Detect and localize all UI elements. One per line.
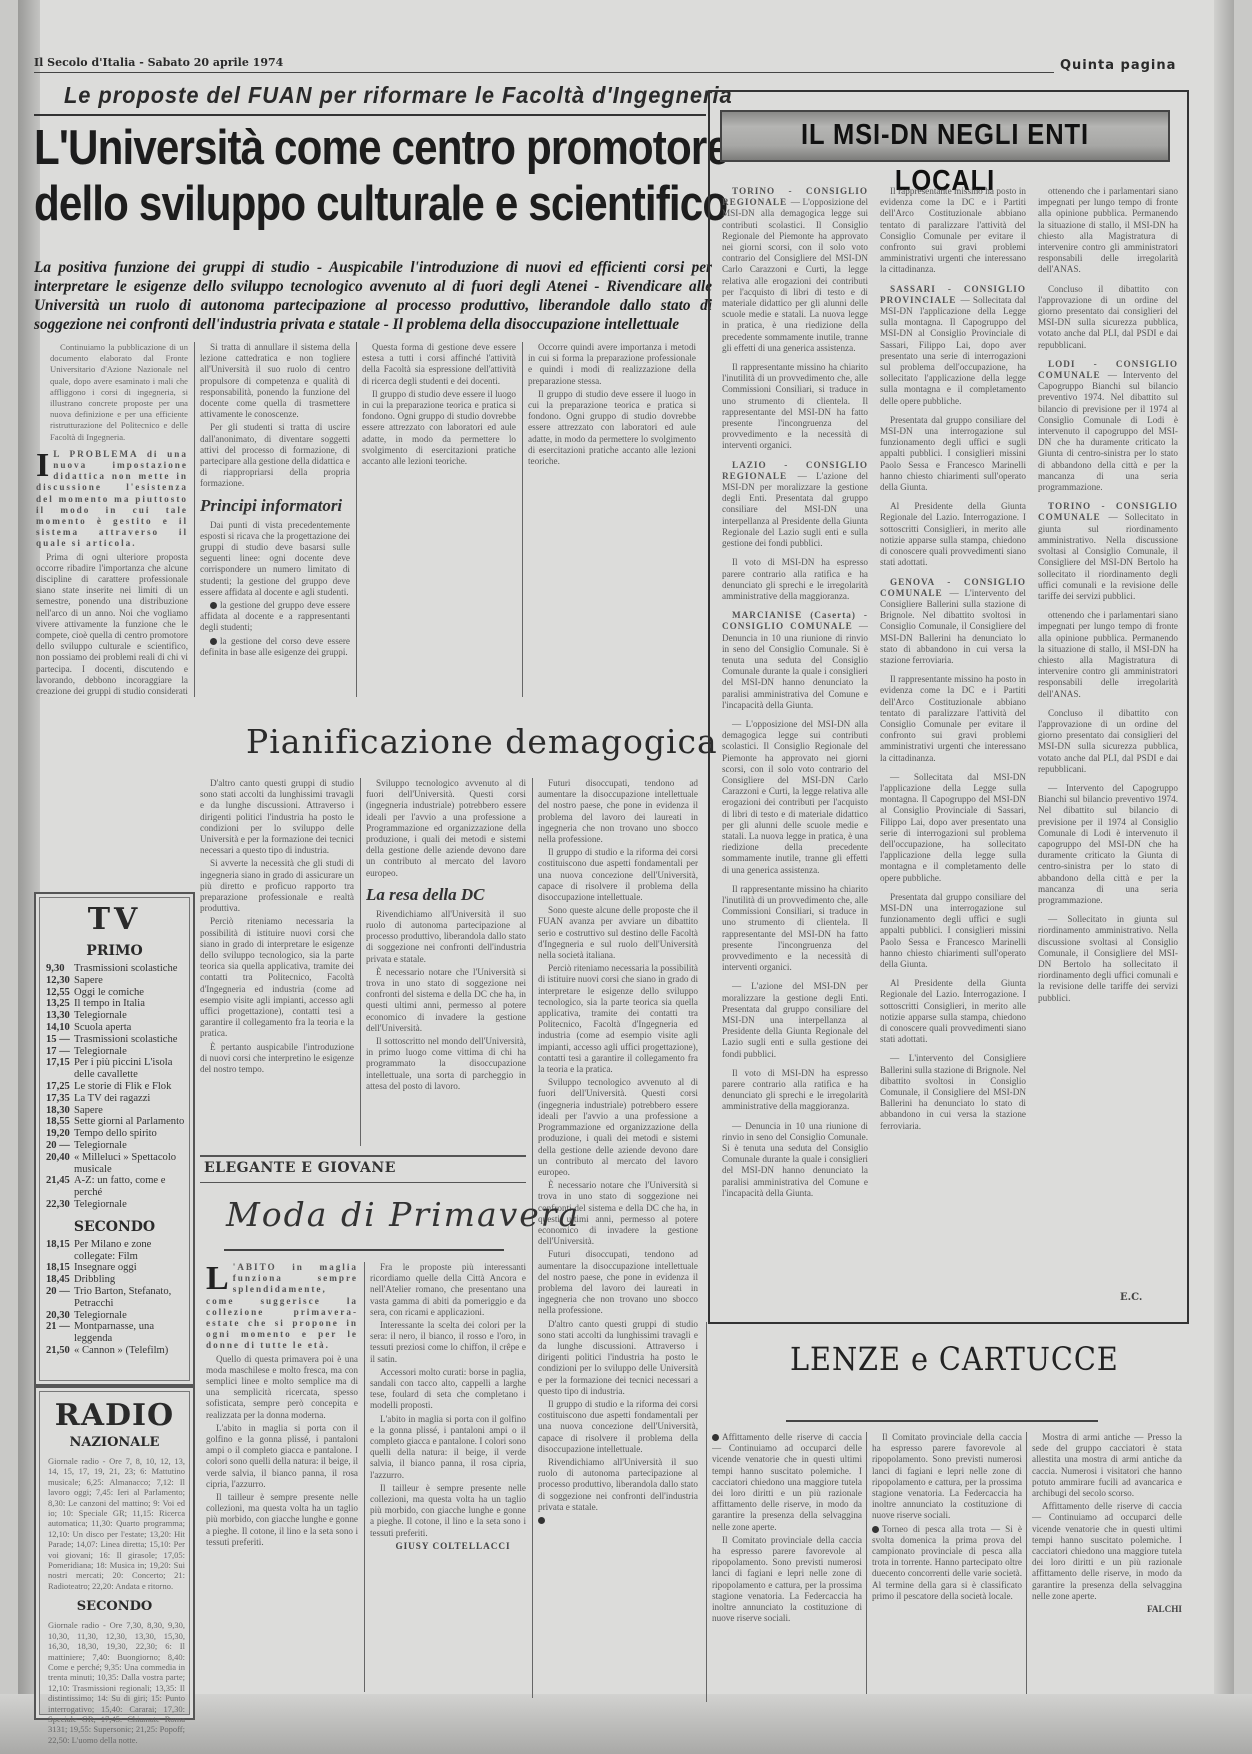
msi-item: Al Presidente della Giunta Regionale del… [880,501,1026,568]
schedule-time: 13,30 [46,1010,74,1022]
lenze-column-3: Mostra di armi antiche — Presso la sede … [1032,1432,1182,1694]
moda-body-5: Fra le proposte più interessanti ricordi… [370,1262,526,1318]
schedule-time: 12,30 [46,975,74,987]
schedule-time: 18,55 [46,1116,74,1128]
schedule-program: Telegiornale [74,1010,187,1022]
msi-item-text: Concluso il dibattito con l'approvazione… [1038,284,1178,350]
schedule-program: Montparnasse, una leggenda [74,1321,187,1345]
tv-listings-box: TV PRIMO 9,30Trasmissioni scolastiche12,… [34,892,195,1386]
schedule-time: 17,15 [46,1057,74,1081]
schedule-program: Insegnare oggi [74,1262,187,1274]
article-body-7b: Il gruppo di studio deve essere il luogo… [528,389,696,467]
schedule-program: Scuola aperta [74,1022,187,1034]
schedule-time: 12,55 [46,987,74,999]
schedule-row: 18,45Dribbling [46,1274,187,1286]
schedule-row: 20 —Telegiornale [46,1140,187,1152]
schedule-program: Dribbling [74,1274,187,1286]
msi-item-text: — Sollecitata dal MSI-DN l'applicazione … [880,295,1026,406]
lenze-col1-dup: Affittamento delle riserve di caccia — C… [1032,1501,1182,1602]
schedule-row: 17,15Per i più piccini L'isola delle cav… [46,1057,187,1081]
msi-column-1: TORINO - CONSIGLIO REGIONALE — L'opposiz… [722,186,868,1306]
schedule-program: Per i più piccini L'isola delle cavallet… [74,1057,187,1081]
tv-title: TV [36,902,193,937]
article-dropcap: I [36,451,49,481]
schedule-program: Oggi le comiche [74,987,187,999]
msi-item: Concluso il dibattito con l'approvazione… [1038,284,1178,351]
schedule-program: Tempo dello spirito [74,1128,187,1140]
bullet-icon [538,1517,545,1524]
schedule-row: 18,55Sette giorni al Parlamento [46,1116,187,1128]
msi-item: TORINO - CONSIGLIO COMUNALE — Sollecitat… [1038,501,1178,602]
pianificazione-body-11: Sono queste alcune delle proposte che il… [538,905,698,961]
section-title-pianificazione: Pianificazione demagogica [246,722,718,761]
article-body-1: Prima di ogni ulteriore proposta occorre… [36,552,188,697]
msi-item: — Sollecitata dal MSI-DN l'applicazione … [880,772,1026,884]
schedule-time: 9,30 [46,963,74,975]
pianificazione-column-3: Futuri disoccupati, tendono ad aumentare… [538,778,698,1698]
schedule-time: 21,45 [46,1175,74,1199]
lenze-title: LENZE e CARTUCCE [790,1340,1119,1378]
msi-item: — Intervento del Capogruppo Bianchi sul … [1038,783,1178,906]
radio-title: RADIO [36,1398,193,1433]
column-rule [706,1322,707,1702]
schedule-row: 18,15Per Milano e zone collegate: Film [46,1239,187,1263]
pianificazione-body-2: Si avverte la necessità che gli studi di… [200,858,354,914]
schedule-row: 21,45A-Z: un fatto, come e perché [46,1175,187,1199]
msi-item: Il rappresentante missino ha posto in ev… [880,674,1026,764]
schedule-program: Sette giorni al Parlamento [74,1116,187,1128]
schedule-time: 21 — [46,1321,74,1345]
pianificazione-body-9b: Futuri disoccupati, tendono ad aumentare… [538,1249,698,1316]
tv-primo-schedule: 9,30Trasmissioni scolastiche12,30Sapere1… [36,963,193,1211]
msi-column-2: Il rappresentante missino ha posto in ev… [880,186,1026,1306]
moda-body-6: Interessante la scelta dei colori per la… [370,1320,526,1365]
pianificazione-body-10b: Il gruppo di studio e la riforma dei cor… [538,1399,698,1455]
kicker-rule [34,114,706,116]
subhead-principi: Principi informatori [200,496,350,516]
pianificazione-column-1: D'altro canto questi gruppi di studio so… [200,778,354,1146]
msi-banner: IL MSI-DN NEGLI ENTI LOCALI [720,110,1170,162]
msi-item: TORINO - CONSIGLIO REGIONALE — L'opposiz… [722,186,868,354]
article-column-3: Questa forma di gestione deve essere est… [362,342,516,697]
pianificazione-body-9: Futuri disoccupati, tendono ad aumentare… [538,778,698,845]
msi-item-text: — Intervento del Capogruppo Bianchi sul … [1038,370,1178,492]
section-rule [200,1182,526,1183]
schedule-program: A-Z: un fatto, come e perché [74,1175,187,1199]
schedule-row: 12,55Oggi le comiche [46,987,187,999]
msi-item: — Denuncia in 10 una riunione di rinvio … [722,1121,868,1199]
article-intro: Continuiamo la pubblicazione di un docum… [36,342,188,443]
schedule-time: 18,30 [46,1105,74,1117]
msi-item-text: — L'opposizione del MSI-DN alla demagogi… [722,197,868,353]
pianificazione-body-3: Perciò riteniamo necessaria la possibili… [200,916,354,1039]
msi-item: LAZIO - CONSIGLIO REGIONALE — L'azione d… [722,460,868,550]
tv-secondo-schedule: 18,15Per Milano e zone collegate: Film18… [36,1239,193,1357]
column-rule [532,778,533,1698]
msi-item: — L'azione del MSI-DN per moralizzare la… [722,981,868,1059]
radio-listings-box: RADIO NAZIONALE Giornale radio - Ore 7, … [34,1386,195,1720]
article-body-6: Questa forma di gestione deve essere est… [362,342,516,387]
schedule-row: 13,30Telegiornale [46,1010,187,1022]
article-column-2: Si tratta di annullare il sistema della … [200,342,350,697]
schedule-row: 15 —Trasmissioni scolastiche [46,1034,187,1046]
moda-title-rule [224,1249,504,1251]
moda-body-3b: L'abito in maglia si porta con il golfin… [370,1414,526,1481]
lenze-col1: Affittamento delle riserve di caccia — C… [712,1432,862,1532]
schedule-row: 21,50« Cannon » (Telefilm) [46,1345,187,1357]
section-rule [200,1155,526,1157]
schedule-row: 20 —Trio Barton, Stefanato, Petracchi [46,1286,187,1310]
msi-item: Presentata dal gruppo consiliare del MSI… [880,415,1026,493]
article-bullet-1: la gestione del gruppo deve essere affid… [200,600,350,632]
headline-line-1: L'Università come centro promotore [34,120,619,176]
column-rule [194,342,195,697]
schedule-time: 17,35 [46,1093,74,1105]
column-rule [360,778,361,1146]
schedule-program: Telegiornale [74,1310,187,1322]
lenze-signature: FALCHI [1032,1604,1182,1615]
moda-kicker: ELEGANTE E GIOVANE [204,1160,396,1176]
msi-item: Il voto di MSI-DN ha espresso parere con… [722,1068,868,1113]
schedule-time: 20,40 [46,1152,74,1176]
pianificazione-body-1b: D'altro canto questi gruppi di studio so… [538,1319,698,1397]
moda-author: GIUSY COLTELLACCI [370,1541,526,1552]
article-headline: L'Università come centro promotore dello… [34,120,619,232]
lenze-column-2: Il Comitato provinciale della caccia ha … [872,1432,1022,1694]
msi-item: Il rappresentante missino ha posto in ev… [880,186,1026,276]
masthead-date: Il Secolo d'Italia - Sabato 20 aprile 19… [34,56,283,69]
radio-nazionale-text: Giornale radio - Ore 7, 8, 10, 12, 13, 1… [36,1456,193,1591]
pianificazione-body-6: Rivendichiamo all'Università il suo ruol… [366,909,526,965]
msi-item-text: — L'intervento del Consigliere Ballerini… [880,588,1026,665]
moda-title: Moda di Primavera [226,1195,580,1234]
bullet-icon [872,1526,879,1533]
schedule-time: 21,50 [46,1345,74,1357]
msi-item-text: Il rappresentante missino ha chiarito l'… [722,362,868,450]
schedule-time: 13,25 [46,998,74,1010]
schedule-program: Trasmissioni scolastiche [74,963,187,975]
msi-item-text: — Sollecitato in giunta sul riordinament… [1038,512,1178,600]
lenze-column-1: Affittamento delle riserve di caccia — C… [712,1432,862,1694]
msi-item: Presentata dal gruppo consiliare del MSI… [880,892,1026,970]
moda-dropcap: L [206,1264,229,1294]
msi-item-text: — Denuncia in 10 una riunione di rinvio … [722,621,868,709]
schedule-program: Sapere [74,1105,187,1117]
msi-item: ottenendo che i parlamentari siano impeg… [1038,610,1178,700]
schedule-row: 14,10Scuola aperta [46,1022,187,1034]
msi-item: Il voto di MSI-DN ha espresso parere con… [722,557,868,602]
moda-body-3: L'abito in maglia si porta con il golfin… [206,1423,358,1490]
schedule-time: 18,15 [46,1239,74,1263]
msi-item: GENOVA - CONSIGLIO COMUNALE — L'interven… [880,577,1026,667]
schedule-time: 17,25 [46,1081,74,1093]
msi-item: — L'opposizione del MSI-DN alla demagogi… [722,719,868,876]
msi-item: Concluso il dibattito con l'approvazione… [1038,708,1178,775]
schedule-row: 17,25Le storie di Flik e Flok [46,1081,187,1093]
msi-column-3: ottenendo che i parlamentari siano impeg… [1038,186,1178,1306]
pianificazione-body-5b: Sviluppo tecnologico avvenuto al di fuor… [538,1077,698,1178]
msi-item-heading: MARCIANISE (Caserta) - CONSIGLIO COMUNAL… [722,610,868,631]
pianificazione-body-10: Il gruppo di studio e la riforma dei cor… [538,847,698,903]
schedule-time: 19,20 [46,1128,74,1140]
schedule-program: Trio Barton, Stefanato, Petracchi [74,1286,187,1310]
schedule-program: La TV dei ragazzi [74,1093,187,1105]
pianificazione-body-3b: Perciò riteniamo necessaria la possibili… [538,963,698,1075]
msi-item: MARCIANISE (Caserta) - CONSIGLIO COMUNAL… [722,610,868,711]
pianificazione-column-2: Sviluppo tecnologico avvenuto al di fuor… [366,778,526,1146]
lenze-title-rule [786,1420,1098,1422]
schedule-program: « Milleluci » Spettacolo musicale [74,1152,187,1176]
pianificazione-body-8: Il sottoscritto nel mondo dell'Universit… [366,1036,526,1092]
pianificazione-body-5: Sviluppo tecnologico avvenuto al di fuor… [366,778,526,879]
msi-item-text: Il voto di MSI-DN ha espresso parere con… [722,557,868,601]
msi-item: — L'intervento del Consigliere Ballerini… [880,1053,1026,1131]
schedule-time: 14,10 [46,1022,74,1034]
column-rule [522,342,523,697]
bullet-icon [210,638,217,645]
schedule-row: 17,35La TV dei ragazzi [46,1093,187,1105]
pianificazione-body-1: D'altro canto questi gruppi di studio so… [200,778,354,856]
schedule-program: Il tempo in Italia [74,998,187,1010]
article-bullet-2: la gestione del corso deve essere defini… [200,636,350,657]
column-rule [866,1432,867,1694]
schedule-time: 18,45 [46,1274,74,1286]
schedule-time: 20 — [46,1286,74,1310]
column-rule [356,342,357,697]
msi-item: Il rappresentante missino ha chiarito l'… [722,362,868,452]
moda-body-4b: Il tailleur è sempre presente nelle coll… [370,1483,526,1539]
schedule-time: 20 — [46,1140,74,1152]
msi-item-text: ottenendo che i parlamentari siano impeg… [1038,186,1178,274]
schedule-row: 20,40« Milleluci » Spettacolo musicale [46,1152,187,1176]
msi-item: — Sollecitato in giunta sul riordinament… [1038,914,1178,1004]
article-body-3: Si tratta di annullare il sistema della … [200,342,350,420]
article-body-5: Dai punti di vista precedentemente espos… [200,520,350,598]
article-kicker: Le proposte del FUAN per riformare le Fa… [64,82,733,109]
bullet-icon [712,1434,719,1441]
schedule-time: 17 — [46,1046,74,1058]
schedule-program: Telegiornale [74,1140,187,1152]
msi-item: Il rappresentante missino ha chiarito l'… [722,884,868,974]
schedule-time: 20,30 [46,1310,74,1322]
schedule-program: Per Milano e zone collegate: Film [74,1239,187,1263]
schedule-row: 20,30Telegiornale [46,1310,187,1322]
lenze-col2-dup: Il Comitato provinciale della caccia ha … [712,1535,862,1625]
schedule-program: Le storie di Flik e Flok [74,1081,187,1093]
lenze-col2: Il Comitato provinciale della caccia ha … [872,1432,1022,1522]
schedule-time: 15 — [46,1034,74,1046]
moda-body-2: Quello di questa primavera poi è una mod… [206,1354,358,1421]
subhead-resa-dc: La resa della DC [366,885,526,905]
bullet-icon [210,602,217,609]
pianificazione-body-6b: Rivendichiamo all'Università il suo ruol… [538,1457,698,1513]
schedule-row: 13,25Il tempo in Italia [46,998,187,1010]
radio-secondo-text: Giornale radio - Ore 7,30, 8,30, 9,30, 1… [36,1620,193,1745]
radio-nazionale-heading: NAZIONALE [36,1435,193,1450]
top-rule [34,72,1054,73]
schedule-program: Telegiornale [74,1046,187,1058]
radio-secondo-heading: SECONDO [36,1599,193,1614]
article-body-8: Occorre quindi avere importanza i metodi… [528,342,696,387]
schedule-time: 18,15 [46,1262,74,1274]
schedule-row: 19,20Tempo dello spirito [46,1128,187,1140]
column-rule [1026,1432,1027,1694]
msi-item: LODI - CONSIGLIO COMUNALE — Intervento d… [1038,359,1178,493]
page-label: Quinta pagina [1060,58,1176,73]
schedule-program: Sapere [74,975,187,987]
schedule-program: « Cannon » (Telefilm) [74,1345,187,1357]
tv-primo-heading: PRIMO [36,943,193,959]
moda-column-1: L'ABITO in maglia funziona sempre splend… [206,1262,358,1692]
column-rule [364,1262,365,1692]
schedule-row: 21 —Montparnasse, una leggenda [46,1321,187,1345]
schedule-row: 12,30Sapere [46,975,187,987]
schedule-program: Trasmissioni scolastiche [74,1034,187,1046]
msi-item: Al Presidente della Giunta Regionale del… [880,978,1026,1045]
moda-column-2: Fra le proposte più interessanti ricordi… [370,1262,526,1692]
msi-item-text: — L'azione del MSI-DN per moralizzare la… [722,471,868,548]
msi-item: ottenendo che i parlamentari siano impeg… [1038,186,1178,276]
article-body-4: Per gli studenti si tratta di uscire dal… [200,422,350,489]
msi-item-text: Al Presidente della Giunta Regionale del… [880,501,1026,567]
lenze-col4: Mostra di armi antiche — Presso la sede … [1032,1432,1182,1499]
moda-lead: 'ABITO in maglia funziona sempre splendi… [206,1262,358,1350]
schedule-time: 22,30 [46,1199,74,1211]
tv-secondo-heading: SECONDO [36,1219,193,1235]
article-body-7: Il gruppo di studio deve essere il luogo… [362,389,516,467]
schedule-row: 17 —Telegiornale [46,1046,187,1058]
msi-item-text: Presentata dal gruppo consiliare del MSI… [880,415,1026,492]
moda-body-4: Il tailleur è sempre presente nelle coll… [206,1492,358,1548]
msi-signature: E.C. [1120,1292,1142,1303]
page-edge-shadow [1214,0,1234,1754]
msi-item: SASSARI - CONSIGLIO PROVINCIALE — Sollec… [880,284,1026,407]
schedule-row: 18,30Sapere [46,1105,187,1117]
moda-body-7: Accessori molto curati: borse in paglia,… [370,1367,526,1412]
article-column-4: Occorre quindi avere importanza i metodi… [528,342,696,697]
schedule-row: 9,30Trasmissioni scolastiche [46,963,187,975]
article-lead: L PROBLEMA di una nuova impostazione did… [36,449,188,549]
pianificazione-body-7: È necessario notare che l'Università si … [366,967,526,1034]
schedule-row: 18,15Insegnare oggi [46,1262,187,1274]
article-column-1: Continuiamo la pubblicazione di un docum… [36,342,188,697]
lenze-col3: Torneo di pesca alla trota — Si è svolta… [872,1524,1022,1601]
schedule-program: Telegiornale [74,1199,187,1211]
article-deck: La positiva funzione dei gruppi di studi… [34,258,712,334]
schedule-row: 22,30Telegiornale [46,1199,187,1211]
headline-line-2: dello sviluppo culturale e scientifico [34,176,619,232]
pianificazione-body-4: È pertanto auspicabile l'introduzione di… [200,1042,354,1076]
msi-item-text: Il rappresentante missino ha posto in ev… [880,186,1026,274]
